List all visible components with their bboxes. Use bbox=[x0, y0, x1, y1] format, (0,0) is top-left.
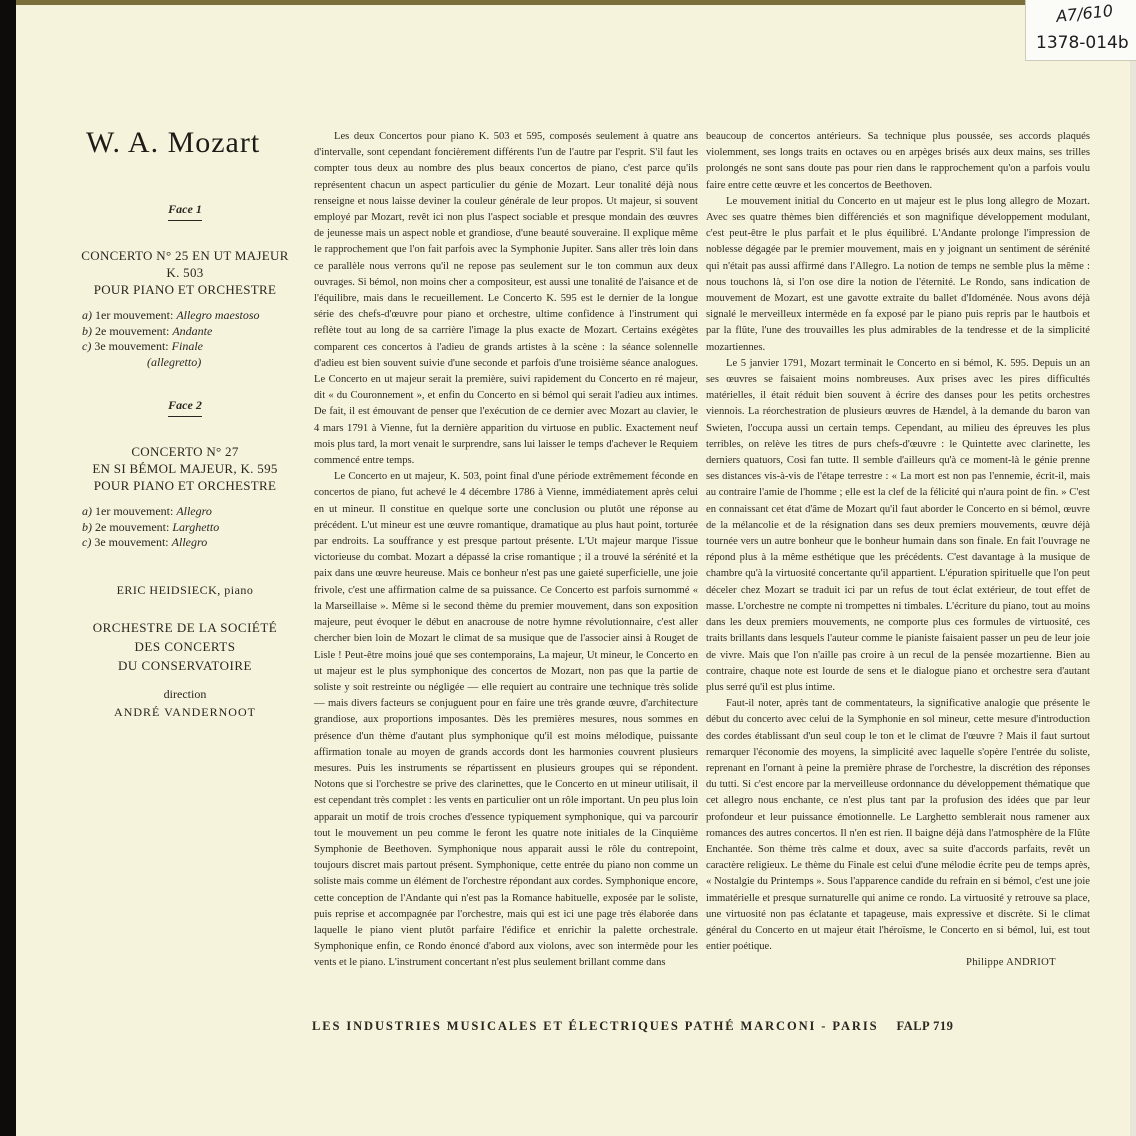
composer-title: W. A. Mozart bbox=[86, 126, 260, 160]
author-signature: Philippe ANDRIOT bbox=[966, 957, 1056, 968]
orchestra-credit: ORCHESTRE DE LA SOCIÉTÉ DES CONCERTS DU … bbox=[70, 618, 300, 675]
face-1-section: Face 1 CONCERTO N° 25 EN UT MAJEUR K. 50… bbox=[70, 200, 300, 370]
sticker-handwritten-code: A7/610 bbox=[1055, 1, 1114, 26]
face-2-heading: Face 2 bbox=[168, 398, 202, 417]
title-line: CONCERTO N° 27 bbox=[70, 443, 300, 460]
title-line: POUR PIANO ET ORCHESTRE bbox=[70, 281, 300, 298]
publisher-footer: LES INDUSTRIES MUSICALES ET ÉLECTRIQUES … bbox=[312, 1019, 953, 1034]
face-1-heading: Face 1 bbox=[168, 202, 202, 221]
face-2-movements: a) 1er mouvement: Allegro b) 2e mouvemen… bbox=[70, 504, 300, 551]
performer-credit: ERIC HEIDSIECK, piano bbox=[70, 583, 300, 598]
orchestra-line: DU CONSERVATOIRE bbox=[70, 656, 300, 675]
archive-sticker: A7/610 1378-014b bbox=[1025, 0, 1136, 61]
title-line: CONCERTO N° 25 EN UT MAJEUR bbox=[70, 247, 300, 264]
sleeve-right-edge bbox=[1130, 0, 1136, 1136]
direction-label: direction bbox=[70, 687, 300, 702]
sleeve-left-edge bbox=[0, 0, 16, 1136]
liner-notes-column-2: beaucoup de concertos antérieurs. Sa tec… bbox=[706, 129, 1090, 955]
face-2-section: Face 2 CONCERTO N° 27 EN SI BÉMOL MAJEUR… bbox=[70, 396, 300, 551]
catalog-number: FALP 719 bbox=[896, 1019, 953, 1033]
liner-paragraph: Faut-il noter, après tant de commentateu… bbox=[706, 696, 1090, 955]
liner-notes-column-1: Les deux Concertos pour piano K. 503 et … bbox=[314, 129, 698, 972]
movement-item: a) 1er mouvement: Allegro maestoso bbox=[82, 308, 300, 324]
title-line: POUR PIANO ET ORCHESTRE bbox=[70, 477, 300, 494]
movement-item: c) 3e mouvement: Allegro bbox=[82, 535, 300, 551]
liner-paragraph: Le 5 janvier 1791, Mozart terminait le C… bbox=[706, 356, 1090, 696]
movement-item: a) 1er mouvement: Allegro bbox=[82, 504, 300, 520]
liner-paragraph: beaucoup de concertos antérieurs. Sa tec… bbox=[706, 129, 1090, 194]
conductor-credit: ANDRÉ VANDERNOOT bbox=[70, 705, 300, 720]
concerto-27-title: CONCERTO N° 27 EN SI BÉMOL MAJEUR, K. 59… bbox=[70, 443, 300, 494]
liner-paragraph: Le Concerto en ut majeur, K. 503, point … bbox=[314, 469, 698, 971]
liner-paragraph: Le mouvement initial du Concerto en ut m… bbox=[706, 194, 1090, 356]
sticker-archive-number: 1378-014b bbox=[1036, 33, 1129, 53]
program-listing: Face 1 CONCERTO N° 25 EN UT MAJEUR K. 50… bbox=[70, 200, 300, 720]
movement-item: c) 3e mouvement: Finale bbox=[82, 339, 300, 355]
orchestra-line: ORCHESTRE DE LA SOCIÉTÉ bbox=[70, 618, 300, 637]
movement-subtitle: (allegretto) bbox=[82, 355, 300, 371]
face-1-movements: a) 1er mouvement: Allegro maestoso b) 2e… bbox=[70, 308, 300, 370]
sleeve-top-edge bbox=[16, 0, 1136, 5]
orchestra-line: DES CONCERTS bbox=[70, 637, 300, 656]
title-line: EN SI BÉMOL MAJEUR, K. 595 bbox=[70, 460, 300, 477]
title-line: K. 503 bbox=[70, 264, 300, 281]
concerto-25-title: CONCERTO N° 25 EN UT MAJEUR K. 503 POUR … bbox=[70, 247, 300, 298]
publisher-label: LES INDUSTRIES MUSICALES ET ÉLECTRIQUES … bbox=[312, 1019, 878, 1033]
liner-paragraph: Les deux Concertos pour piano K. 503 et … bbox=[314, 129, 698, 469]
movement-item: b) 2e mouvement: Andante bbox=[82, 324, 300, 340]
movement-item: b) 2e mouvement: Larghetto bbox=[82, 520, 300, 536]
